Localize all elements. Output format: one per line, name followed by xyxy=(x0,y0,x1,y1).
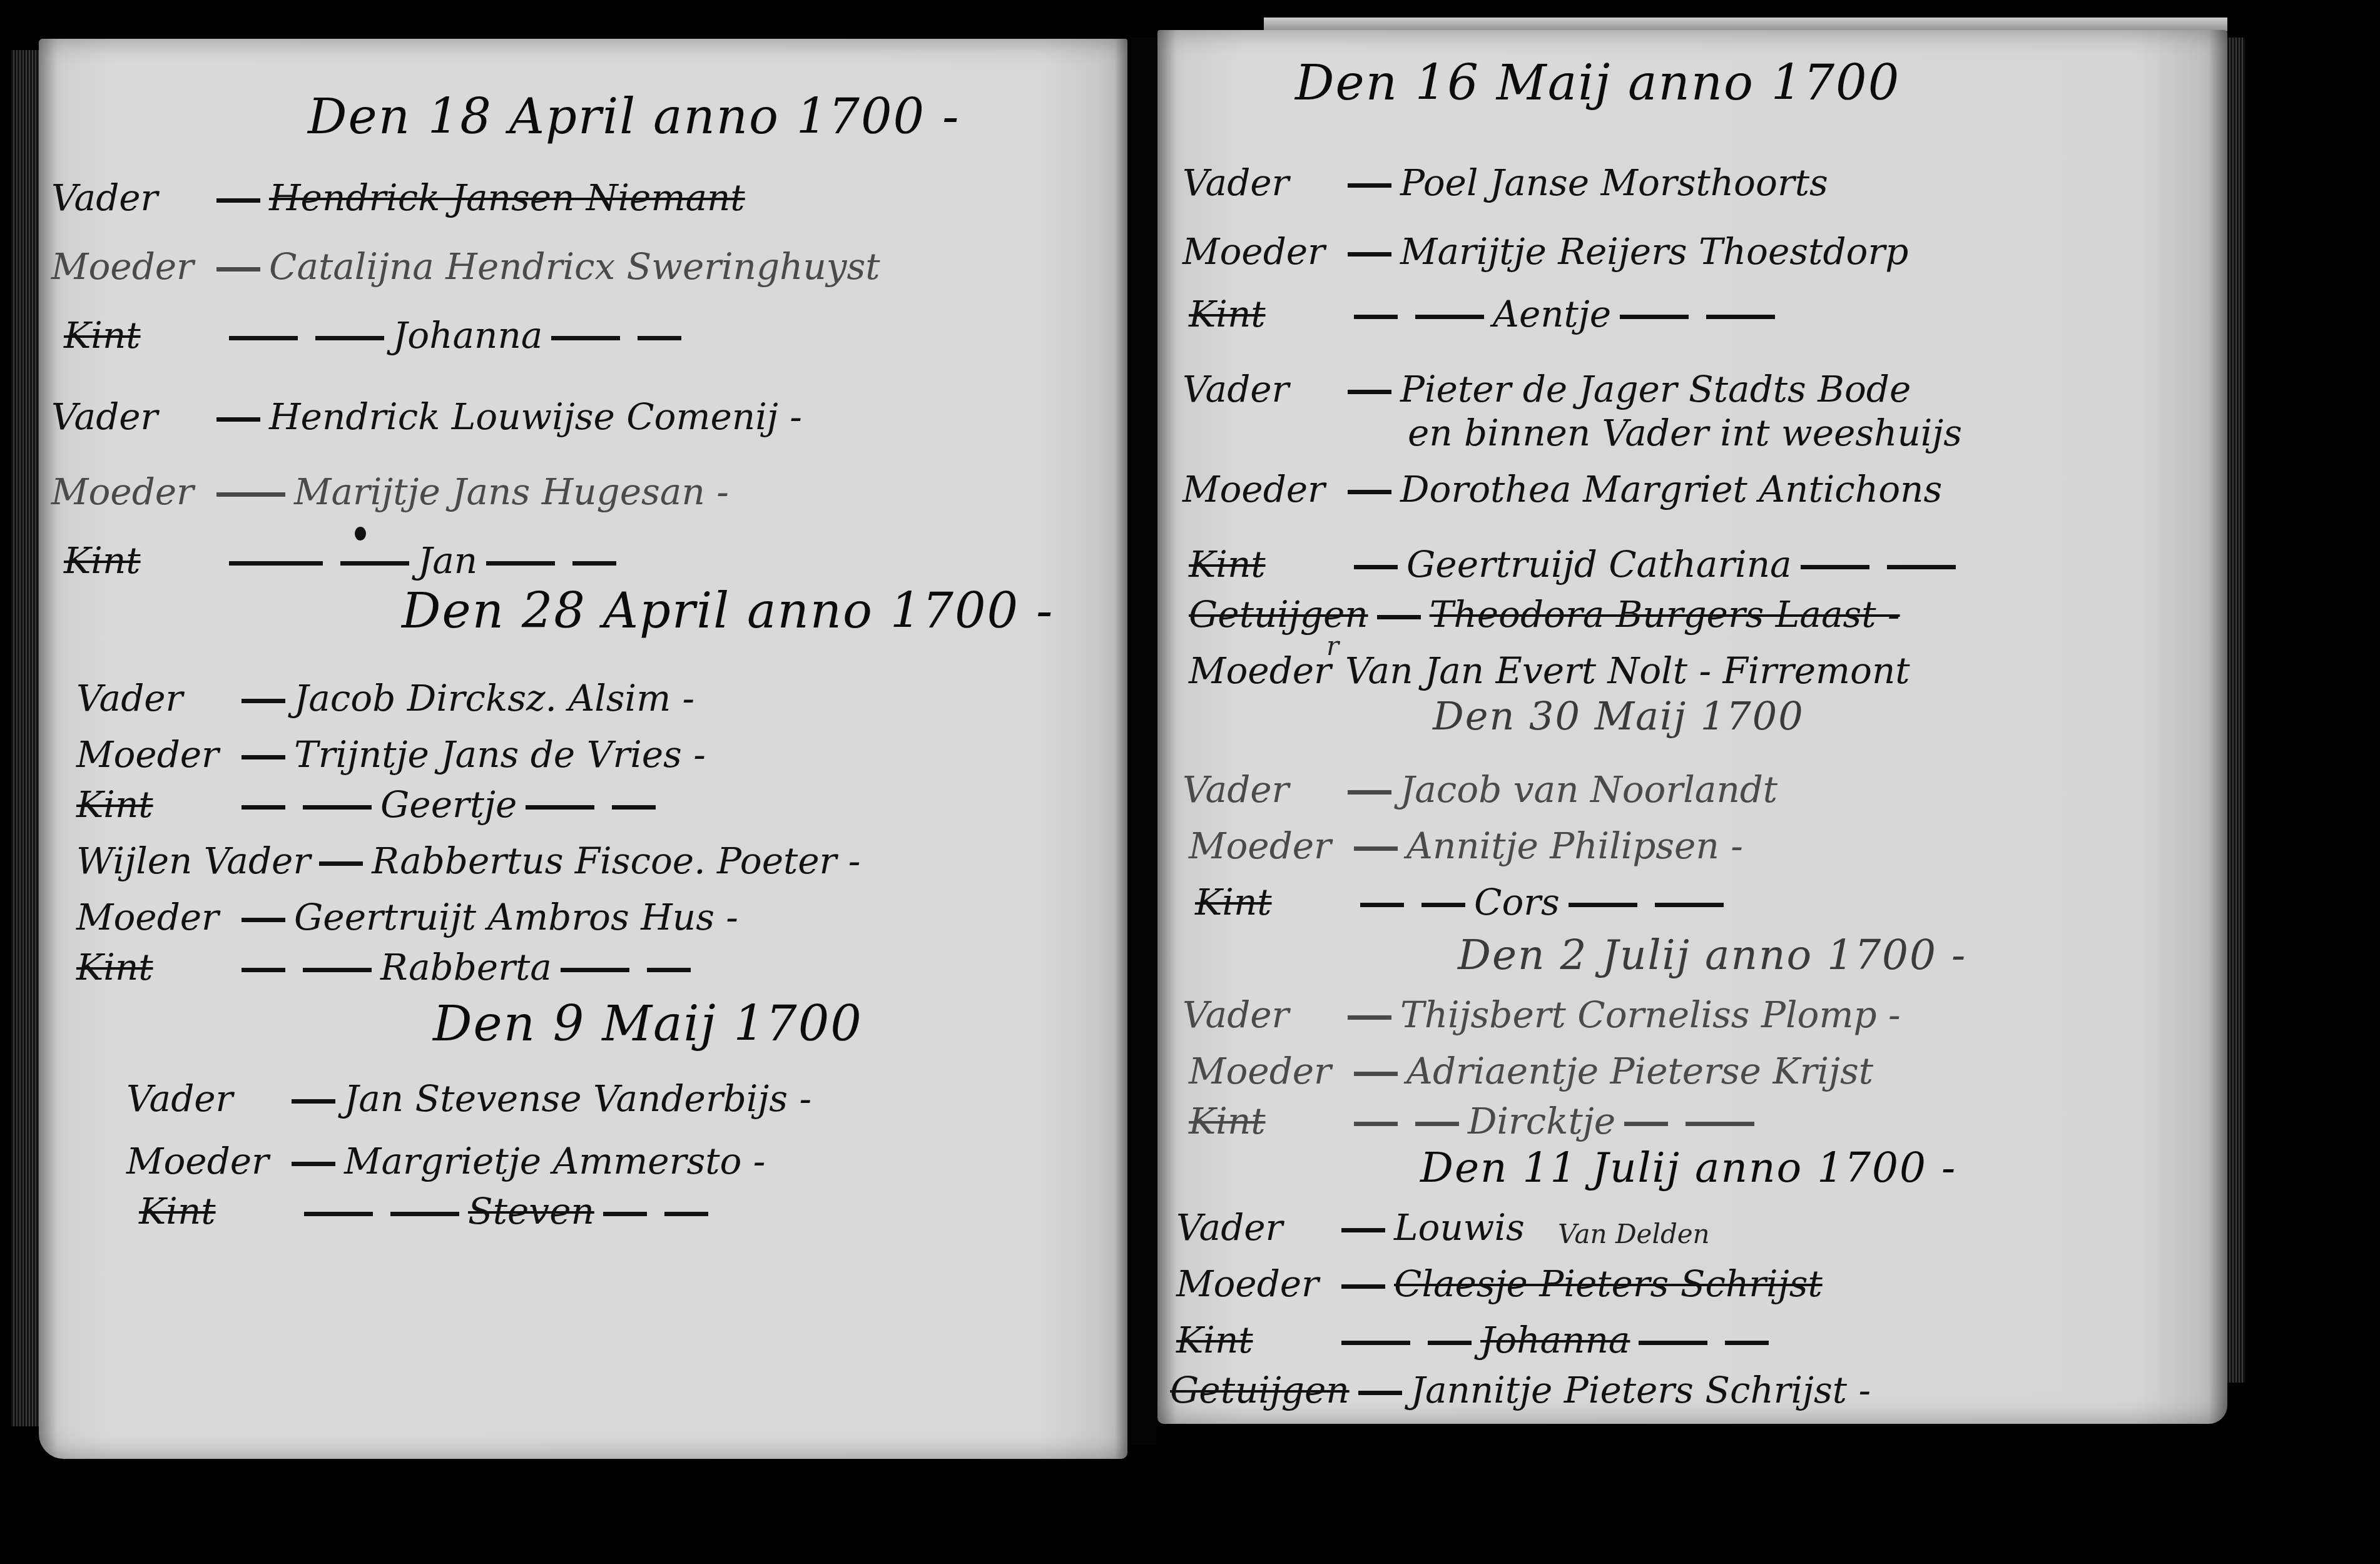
entry-line: VaderJacob Dircksz. Alsim - xyxy=(76,677,694,719)
role-label: Moeder xyxy=(1176,1262,1333,1305)
entry-line: KintJan xyxy=(64,539,625,582)
role-label: Vader xyxy=(51,176,208,219)
entry-line: GetuijgenJannitje Pieters Schrijst - xyxy=(1170,1369,1871,1411)
person-name: Marijtje Jans Hugesan - xyxy=(294,470,729,513)
entry-line: Wijlen VaderRabbertus Fiscoe. Poeter - xyxy=(76,840,860,882)
entry-line: KintAentje xyxy=(1189,293,1784,335)
person-name: Johanna xyxy=(1480,1319,1630,1361)
person-name: Catalijna Hendricx Sweringhuyst xyxy=(269,245,880,288)
role-label: Kint xyxy=(76,946,233,988)
role-label: Moeder xyxy=(51,245,208,288)
entry-date: Den 28 April anno 1700 - xyxy=(402,583,1054,639)
entry-line-continuation: en binnen Vader int weeshuijs xyxy=(1408,412,1962,454)
entry-line: MoederClaesje Pieters Schrijst xyxy=(1176,1262,1823,1305)
person-name: Claesje Pieters Schrijst xyxy=(1394,1262,1823,1305)
role-label: Moeder xyxy=(51,470,208,513)
role-label: Vader xyxy=(1182,993,1339,1036)
entry-line: VaderLouwis xyxy=(1176,1206,1525,1249)
person-name: Geertruijt Ambros Hus - xyxy=(294,896,738,938)
right-page-edges xyxy=(2227,38,2245,1383)
ink-blot xyxy=(355,527,366,541)
role-label: Vader xyxy=(1182,768,1339,811)
entry-line: KintRabberta xyxy=(76,946,699,988)
role-label: Moeder xyxy=(1182,468,1339,510)
entry-line: KintCors xyxy=(1195,881,1732,923)
role-label: Moeder xyxy=(126,1140,283,1182)
role-label: Kint xyxy=(1176,1319,1333,1361)
entry-line: MoederMargrietje Ammersto - xyxy=(126,1140,765,1182)
person-name: Steven xyxy=(468,1190,594,1232)
role-label: Kint xyxy=(64,314,220,357)
person-name: Jacob Dircksz. Alsim - xyxy=(294,677,694,719)
left-page-edges xyxy=(11,50,39,1426)
entry-line: KintSteven xyxy=(139,1190,717,1232)
person-name: Van Jan Evert Nolt - Firremont xyxy=(1345,649,1910,692)
entry-line: MoederMarijtje Jans Hugesan - xyxy=(51,470,729,513)
entry-line: MoederAdriaentje Pieterse Krijst xyxy=(1189,1050,1873,1092)
entry-line: MoederVan Jan Evert Nolt - Firremont xyxy=(1189,649,1910,692)
person-name: Rabberta xyxy=(380,946,552,988)
entry-line: VaderPoel Janse Morsthoorts xyxy=(1182,161,1828,204)
entry-date: Den 9 Maij 1700 xyxy=(433,996,863,1052)
role-label: Kint xyxy=(1189,543,1345,586)
role-label: Kint xyxy=(1195,881,1351,923)
person-name: Annitje Philipsen - xyxy=(1406,825,1743,867)
role-label: Moeder xyxy=(1182,230,1339,273)
interlinear-insertion: Van Delden xyxy=(1558,1219,1710,1249)
entry-line: VaderHendrick Jansen Niemant xyxy=(51,176,745,219)
entry-line: KintGeertje xyxy=(76,783,664,826)
role-label: Vader xyxy=(51,395,208,438)
entry-line: KintDircktje xyxy=(1189,1100,1763,1142)
person-name: Jacob van Noorlandt xyxy=(1400,768,1777,811)
person-name: Jannitje Pieters Schrijst - xyxy=(1411,1369,1871,1411)
entry-line: MoederGeertruijt Ambros Hus - xyxy=(76,896,738,938)
continuation-text: en binnen Vader int weeshuijs xyxy=(1408,412,1962,454)
role-label: Getuijgen xyxy=(1170,1369,1350,1411)
entry-line: MoederAnnitje Philipsen - xyxy=(1189,825,1743,867)
role-label: Kint xyxy=(76,783,233,826)
person-name: Poel Janse Morsthoorts xyxy=(1400,161,1828,204)
person-name: Adriaentje Pieterse Krijst xyxy=(1406,1050,1873,1092)
role-label: Kint xyxy=(1189,293,1345,335)
role-label: Vader xyxy=(1176,1206,1333,1249)
entry-line: KintGeertruijd Catharina xyxy=(1189,543,1965,586)
role-label: Vader xyxy=(1182,368,1339,410)
role-label: Vader xyxy=(76,677,233,719)
entry-line: MoederCatalijna Hendricx Sweringhuyst xyxy=(51,245,880,288)
entry-line: VaderThijsbert Corneliss Plomp - xyxy=(1182,993,1901,1036)
entry-line: VaderPieter de Jager Stadts Bode xyxy=(1182,368,1911,410)
entry-date: Den 18 April anno 1700 - xyxy=(308,89,960,145)
person-name: Hendrick Louwijse Comenij - xyxy=(269,395,802,438)
entry-line: MoederMarijtje Reijers Thoestdorp xyxy=(1182,230,1908,273)
person-name: Johanna xyxy=(393,314,542,357)
role-label: Kint xyxy=(64,539,220,582)
entry-date: Den 11 Julij anno 1700 - xyxy=(1420,1144,1956,1192)
role-label: Vader xyxy=(1182,161,1339,204)
person-name: Jan Stevense Vanderbijs - xyxy=(344,1077,811,1120)
person-name: Hendrick Jansen Niemant xyxy=(269,176,745,219)
person-name: Rabbertus Fiscoe. Poeter - xyxy=(372,840,860,882)
book-spine xyxy=(1131,38,1156,1445)
person-name: Geertruijd Catharina xyxy=(1406,543,1792,586)
person-name: Marijtje Reijers Thoestdorp xyxy=(1400,230,1908,273)
entry-date: Den 2 Julij anno 1700 - xyxy=(1458,931,1966,979)
entry-line: GetuijgenTheodora Burgers Laast - xyxy=(1189,593,1900,636)
person-name: Thijsbert Corneliss Plomp - xyxy=(1400,993,1901,1036)
person-name: Pieter de Jager Stadts Bode xyxy=(1400,368,1911,410)
role-label: Kint xyxy=(139,1190,295,1232)
role-label: Moeder xyxy=(1189,1050,1345,1092)
entry-line: KintJohanna xyxy=(64,314,690,357)
entry-line: KintJohanna xyxy=(1176,1319,1777,1361)
person-name: Jan xyxy=(418,539,477,582)
person-name: Louwis xyxy=(1394,1206,1525,1249)
person-name: Geertje xyxy=(380,783,517,826)
person-name: Aentje xyxy=(1493,293,1611,335)
person-name: Margrietje Ammersto - xyxy=(344,1140,765,1182)
person-name: Dorothea Margriet Antichons xyxy=(1400,468,1942,510)
entry-line: MoederDorothea Margriet Antichons xyxy=(1182,468,1942,510)
role-label: Getuijgen xyxy=(1189,593,1368,636)
entry-line: MoederTrijntje Jans de Vries - xyxy=(76,733,706,776)
person-name: Dircktje xyxy=(1468,1100,1615,1142)
role-label: Wijlen Vader xyxy=(76,840,310,882)
entry-line: VaderJan Stevense Vanderbijs - xyxy=(126,1077,811,1120)
role-label: Kint xyxy=(1189,1100,1345,1142)
role-label: Moeder xyxy=(76,896,233,938)
role-label: Moeder xyxy=(1189,825,1345,867)
right-page: Den 16 Maij anno 1700 VaderPoel Janse Mo… xyxy=(1157,30,2227,1424)
left-page: Den 18 April anno 1700 - VaderHendrick J… xyxy=(39,39,1127,1459)
person-name: Theodora Burgers Laast - xyxy=(1430,593,1900,636)
entry-line: VaderHendrick Louwijse Comenij - xyxy=(51,395,802,438)
entry-date: Den 30 Maij 1700 xyxy=(1433,693,1804,739)
role-label: Moeder xyxy=(1189,649,1345,692)
entry-date: Den 16 Maij anno 1700 xyxy=(1295,55,1900,111)
person-name: Trijntje Jans de Vries - xyxy=(294,733,706,776)
role-label: Moeder xyxy=(76,733,233,776)
person-name: Cors xyxy=(1474,881,1560,923)
entry-line: VaderJacob van Noorlandt xyxy=(1182,768,1777,811)
role-label: Vader xyxy=(126,1077,283,1120)
